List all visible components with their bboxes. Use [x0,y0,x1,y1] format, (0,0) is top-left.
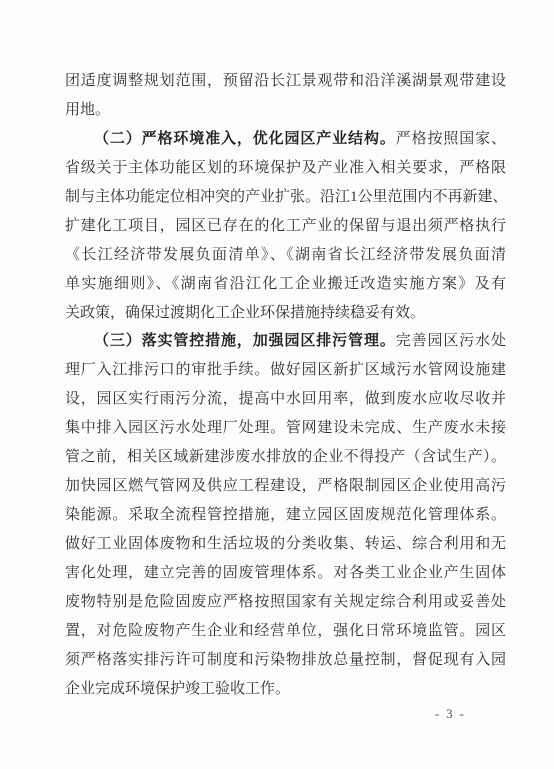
text-line: 扩建化工项目，园区已存在的化工产业的保留与退出须严格执行 [65,212,506,241]
line-text: 严格按照国家、 [396,131,506,147]
text-line: 设，园区实行雨污分流，提高中水回用率，做到废水应收尽收并 [65,385,506,414]
text-line: 单实施细则》、《湖南省沿江化工企业搬迁改造实施方案》及有 [65,270,506,299]
line-text: 《长江经济带发展负面清单》、《湖南省长江经济带发展负面清 [65,247,506,263]
text-line: 做好工业固体废物和生活垃圾的分类收集、转运、综合利用和无 [65,530,506,559]
text-line: 须严格落实排污许可制度和污染物排放总量控制，督促现有入园 [65,646,506,675]
line-text: 害化处理，建立完善的固废管理体系。对各类工业企业产生固体 [65,565,506,581]
section-heading: （三）落实管控措施，加强园区排污管理。 [94,333,396,349]
text-line: 置，对危险废物产生企业和经营单位，强化日常环境监管。园区 [65,617,506,646]
text-line: （三）落实管控措施，加强园区排污管理。完善园区污水处 [65,327,506,356]
line-text: 单实施细则》、《湖南省沿江化工企业搬迁改造实施方案》及有 [65,276,506,292]
text-line: 企业完成环境保护竣工验收工作。 [65,675,506,704]
line-text: 关政策，确保过渡期化工企业环保措施持续稳妥有效。 [65,305,425,321]
text-line: 害化处理，建立完善的固废管理体系。对各类工业企业产生固体 [65,559,506,588]
section-heading: （二）严格环境准入，优化园区产业结构。 [94,131,396,147]
line-text: 团适度调整规划范围，预留沿长江景观带和沿洋溪湖景观带建设 [65,73,506,89]
line-text: 制与主体功能定位相冲突的产业扩张。沿江1公里范围内不再新建、 [65,189,508,205]
text-line: 关政策，确保过渡期化工企业环保措施持续稳妥有效。 [65,299,506,328]
line-text: 置，对危险废物产生企业和经营单位，强化日常环境监管。园区 [65,623,506,639]
line-text: 须严格落实排污许可制度和污染物排放总量控制，督促现有入园 [65,652,506,668]
text-line: 团适度调整规划范围，预留沿长江景观带和沿洋溪湖景观带建设 [65,67,506,96]
line-text: 企业完成环境保护竣工验收工作。 [65,681,290,697]
text-line: 《长江经济带发展负面清单》、《湖南省长江经济带发展负面清 [65,241,506,270]
text-line: 废物特别是危险固废应严格按照国家有关规定综合利用或妥善处 [65,588,506,617]
text-line: 理厂入江排污口的审批手续。做好园区新扩区域污水管网设施建 [65,356,506,385]
line-text: 管之前，相关区域新建涉废水排放的企业不得投产（含试生产）。 [65,449,506,465]
text-line: 染能源。采取全流程管控措施，建立园区固废规范化管理体系。 [65,501,506,530]
line-text: 理厂入江排污口的审批手续。做好园区新扩区域污水管网设施建 [65,362,506,378]
line-text: 加快园区燃气管网及供应工程建设，严格限制园区企业使用高污 [65,478,506,494]
line-text: 废物特别是危险固废应严格按照国家有关规定综合利用或妥善处 [65,594,506,610]
line-text: 省级关于主体功能区划的环境保护及产业准入相关要求，严格限 [65,160,506,176]
page-number: - 3 - [435,707,495,722]
line-text: 扩建化工项目，园区已存在的化工产业的保留与退出须严格执行 [65,218,506,234]
document-page: 团适度调整规划范围，预留沿长江景观带和沿洋溪湖景观带建设用地。（二）严格环境准入… [0,0,554,769]
line-text: 用地。 [65,102,110,118]
document-body: 团适度调整规划范围，预留沿长江景观带和沿洋溪湖景观带建设用地。（二）严格环境准入… [65,67,506,704]
text-line: （二）严格环境准入，优化园区产业结构。严格按照国家、 [65,125,506,154]
line-text: 染能源。采取全流程管控措施，建立园区固废规范化管理体系。 [65,507,506,523]
line-text: 完善园区污水处 [396,333,506,349]
text-line: 用地。 [65,96,506,125]
text-line: 管之前，相关区域新建涉废水排放的企业不得投产（含试生产）。 [65,443,506,472]
text-line: 省级关于主体功能区划的环境保护及产业准入相关要求，严格限 [65,154,506,183]
line-text: 集中排入园区污水处理厂处理。管网建设未完成、生产废水未接 [65,420,506,436]
line-text: 设，园区实行雨污分流，提高中水回用率，做到废水应收尽收并 [65,391,506,407]
text-line: 集中排入园区污水处理厂处理。管网建设未完成、生产废水未接 [65,414,506,443]
text-line: 加快园区燃气管网及供应工程建设，严格限制园区企业使用高污 [65,472,506,501]
line-text: 做好工业固体废物和生活垃圾的分类收集、转运、综合利用和无 [65,536,506,552]
text-line: 制与主体功能定位相冲突的产业扩张。沿江1公里范围内不再新建、 [65,183,506,212]
